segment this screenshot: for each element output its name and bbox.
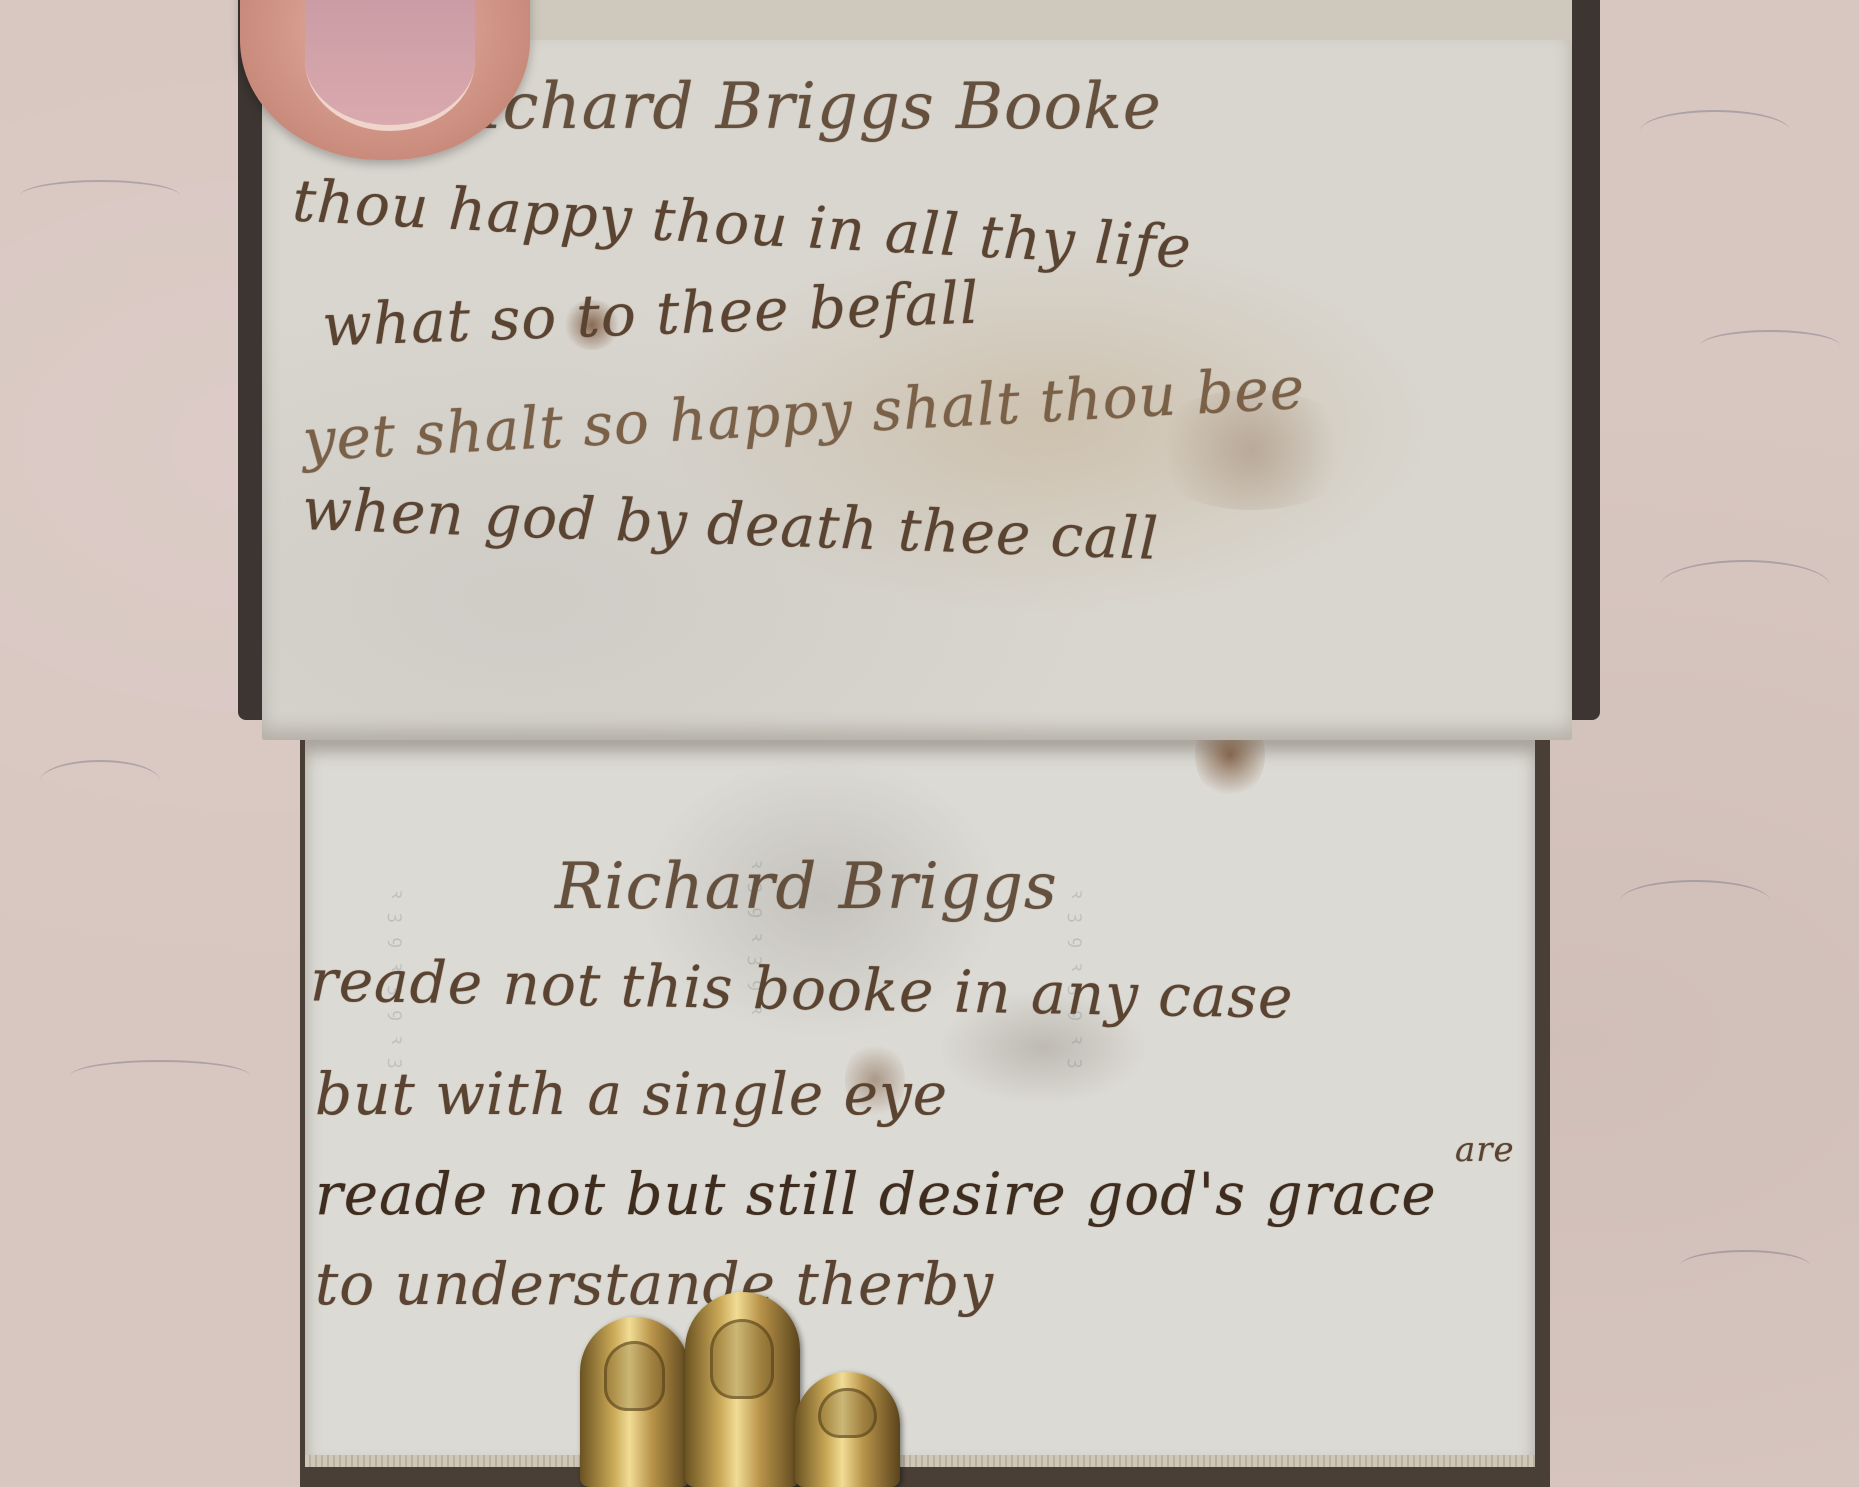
brass-hand-clasp (560, 1290, 940, 1487)
inscription-line: reade not but still desire god's grace (315, 1160, 1437, 1228)
brass-finger (685, 1292, 800, 1487)
paper-fibre (1680, 1250, 1810, 1282)
inscription-line: but with a single eye (315, 1060, 948, 1128)
paper-fibre (1640, 110, 1790, 152)
brass-finger (795, 1372, 900, 1487)
paper-fibre (40, 760, 160, 802)
inscription-line: reade not this booke in any case (309, 946, 1293, 1031)
inscription-line: what so to thee befall (321, 269, 980, 360)
paper-fibre (70, 1060, 250, 1092)
photograph: Richard Briggs Booke thou happy thou in … (0, 0, 1859, 1487)
paper-fibre (20, 180, 180, 212)
owner-heading: Richard Briggs (555, 850, 1058, 924)
owner-heading: Richard Briggs Booke (432, 70, 1162, 144)
paper-fibre (1620, 880, 1770, 922)
interlinear-note: are (1455, 1130, 1515, 1170)
paper-fibre (1660, 560, 1830, 612)
brass-finger (580, 1317, 690, 1487)
inscription-line: thou happy thou in all thy life (291, 166, 1194, 281)
ink-blot (1195, 740, 1265, 800)
inscription-line: when god by death thee call (301, 475, 1160, 573)
paper-fibre (1700, 330, 1840, 362)
upper-page: Richard Briggs Booke thou happy thou in … (262, 40, 1572, 740)
